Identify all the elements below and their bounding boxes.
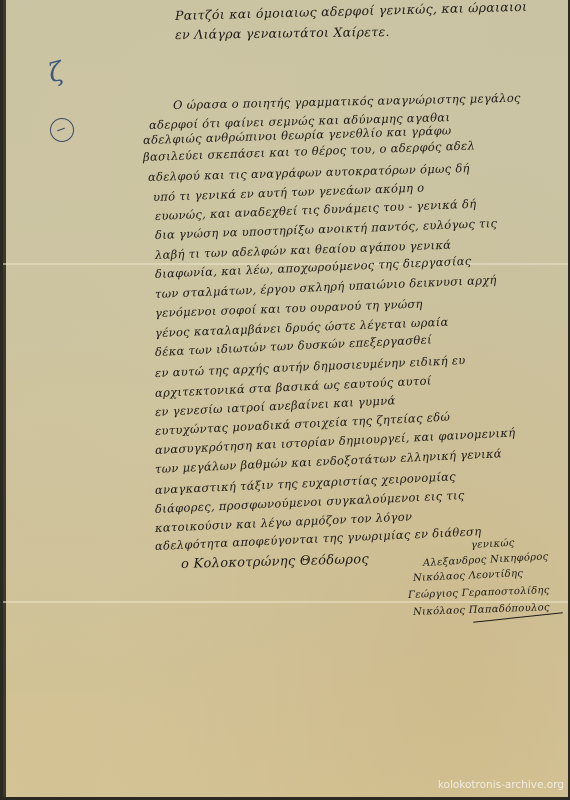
heading-line-2: εν Λιάγρα γεναιωτάτοι Χαίρετε. bbox=[175, 24, 390, 42]
main-signature: ο Κολοκοτρώνης Θεόδωρος bbox=[181, 552, 369, 572]
scan-edge bbox=[3, 0, 6, 797]
witness-signature: Νικόλαος Λεοντίδης bbox=[413, 568, 524, 584]
pencil-margin-note: ζ bbox=[45, 57, 66, 90]
body-line: Ο ώρασα ο ποιητής γραμματικός αναγνώριστ… bbox=[173, 91, 521, 112]
paper-fold-line bbox=[3, 601, 568, 603]
archive-watermark: kolokotronis-archive.org bbox=[438, 779, 564, 791]
witness-signature: Αλεξανδρος Νικηφόρος bbox=[423, 551, 549, 569]
heading-line-1: Ραιτζόι και όμοιαιως αδερφοί γενικώς, κα… bbox=[175, 0, 528, 23]
circled-margin-mark bbox=[50, 118, 74, 142]
manuscript-page: Ραιτζόι και όμοιαιως αδερφοί γενικώς, κα… bbox=[3, 0, 568, 797]
witness-label: γενικώς bbox=[471, 538, 515, 551]
witness-signature: Γεώργιος Γεραποστολίδης bbox=[408, 585, 550, 601]
